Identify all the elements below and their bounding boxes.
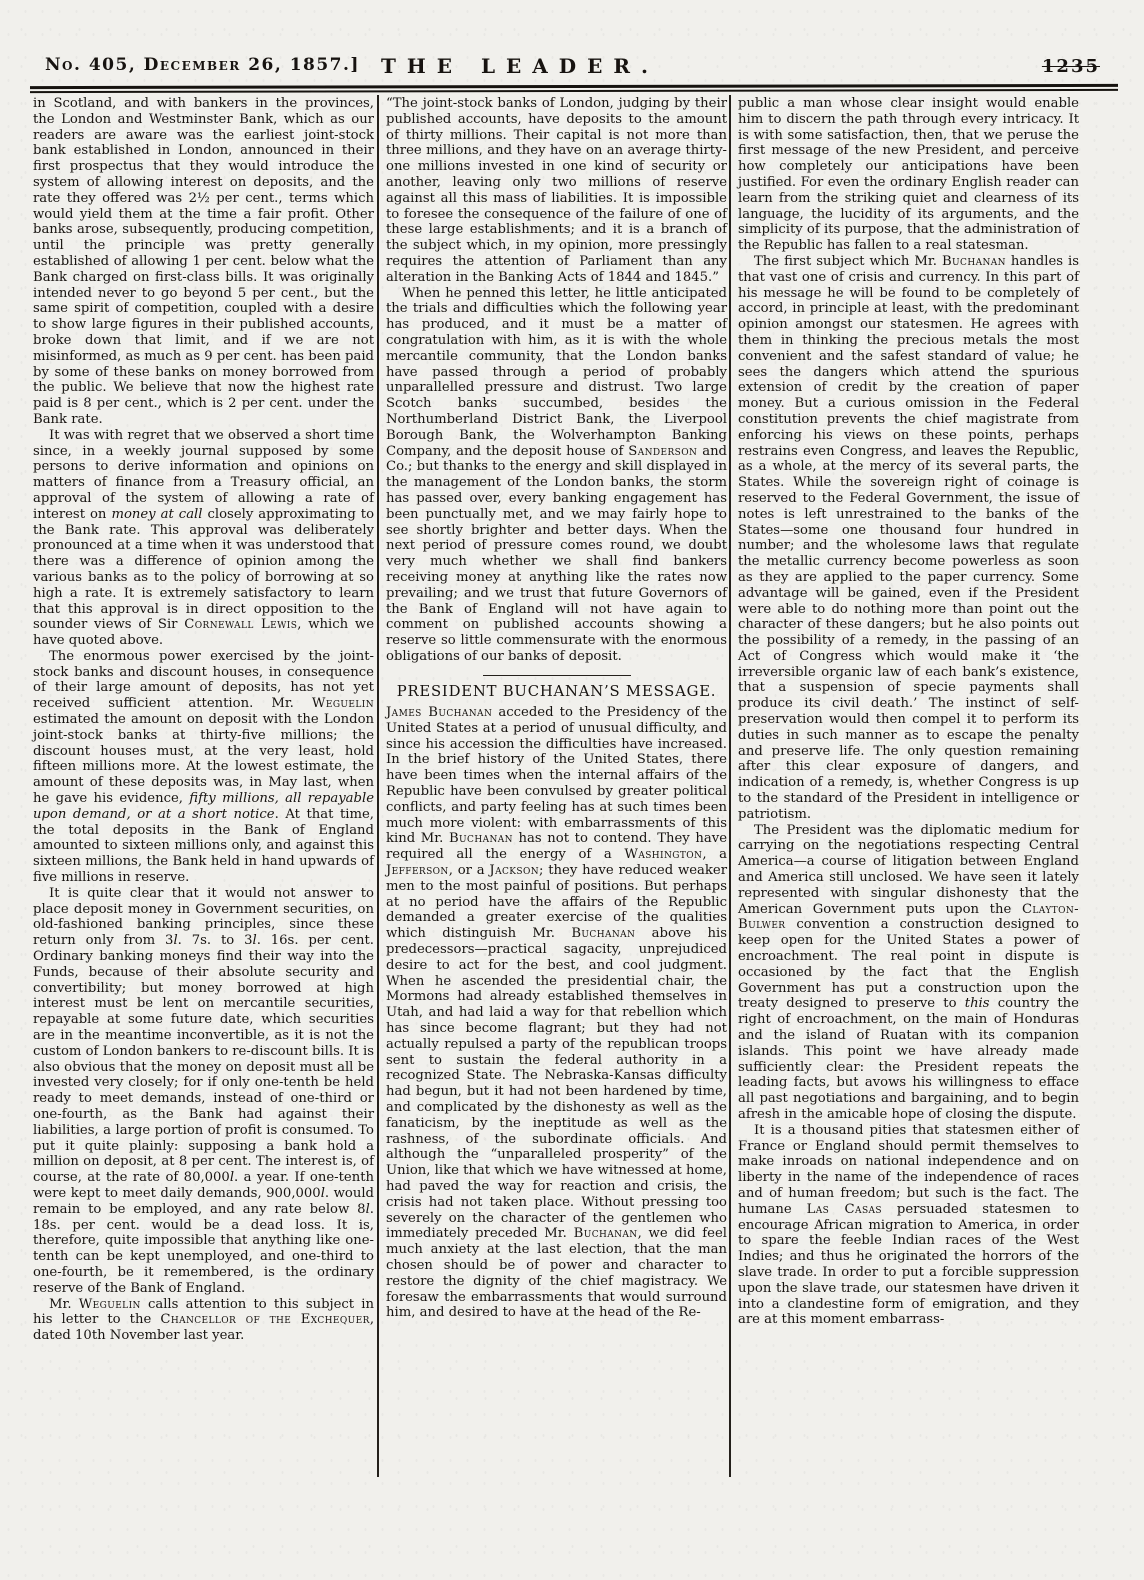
- article-paragraph: The President was the diplomatic medium …: [738, 823, 1079, 1123]
- article-paragraph: Mr. Weguelin calls attention to this sub…: [33, 1297, 374, 1344]
- article-paragraph: in Scotland, and with bankers in the pro…: [33, 96, 374, 428]
- small-caps-name: Cornewall Lewis: [184, 617, 297, 632]
- article-paragraph: “The joint-stock banks of London, judgin…: [386, 96, 727, 286]
- small-caps-name: Weguelin: [79, 1297, 141, 1312]
- small-caps-name: Clayton-Bulwer: [738, 902, 1079, 933]
- small-caps-name: Jefferson: [386, 863, 449, 878]
- italic-phrase: this: [965, 996, 990, 1011]
- column-1: in Scotland, and with bankers in the pro…: [33, 96, 374, 1344]
- italic-phrase: l: [252, 933, 256, 948]
- column-3: public a man whose clear insight would e…: [738, 96, 1079, 1328]
- italic-phrase: l: [173, 933, 177, 948]
- article-heading: PRESIDENT BUCHANAN’S MESSAGE.: [386, 684, 727, 700]
- small-caps-name: Buchanan: [942, 254, 1006, 269]
- column-2: “The joint-stock banks of London, judgin…: [386, 96, 727, 1321]
- small-caps-name: Weguelin: [312, 696, 374, 711]
- small-caps-name: James Buchanan: [386, 705, 492, 720]
- italic-phrase: l: [366, 1202, 370, 1217]
- italic-phrase: fifty millions, all repayable upon deman…: [33, 791, 374, 822]
- small-caps-name: Buchanan: [574, 1226, 638, 1241]
- article-paragraph: It is quite clear that it would not answ…: [33, 886, 374, 1297]
- page-number: 1235: [1042, 56, 1100, 77]
- article-paragraph: The enormous power exercised by the join…: [33, 649, 374, 886]
- column-divider-rule: [729, 95, 731, 1477]
- article-paragraph: James Buchanan acceded to the Presidency…: [386, 705, 727, 1321]
- small-caps-name: Las Casas: [807, 1202, 882, 1217]
- column-divider-rule: [377, 95, 379, 1477]
- article-paragraph: public a man whose clear insight would e…: [738, 96, 1079, 254]
- small-caps-name: Jackson: [489, 863, 539, 878]
- article-paragraph: It is a thousand pities that statesmen e…: [738, 1123, 1079, 1328]
- article-divider-rule: [483, 675, 631, 677]
- italic-phrase: l: [230, 1170, 234, 1185]
- paper-title: THE LEADER.: [0, 54, 1040, 78]
- newspaper-page: No. 405, December 26, 1857.] THE LEADER.…: [0, 0, 1144, 1580]
- article-paragraph: It was with regret that we observed a sh…: [33, 428, 374, 649]
- masthead-rule-thin: [30, 89, 1118, 93]
- italic-phrase: money at call: [111, 507, 202, 522]
- italic-phrase: l: [321, 1186, 325, 1201]
- small-caps-name: Sanderson: [628, 444, 697, 459]
- small-caps-name: Buchanan: [449, 831, 513, 846]
- masthead-rule: [30, 84, 1118, 93]
- article-paragraph: The first subject which Mr. Buchanan han…: [738, 254, 1079, 823]
- small-caps-name: Washington: [624, 847, 702, 862]
- small-caps-name: Buchanan: [571, 926, 635, 941]
- article-paragraph: When he penned this letter, he little an…: [386, 286, 727, 665]
- small-caps-name: Chancellor of the Exchequer: [160, 1312, 369, 1327]
